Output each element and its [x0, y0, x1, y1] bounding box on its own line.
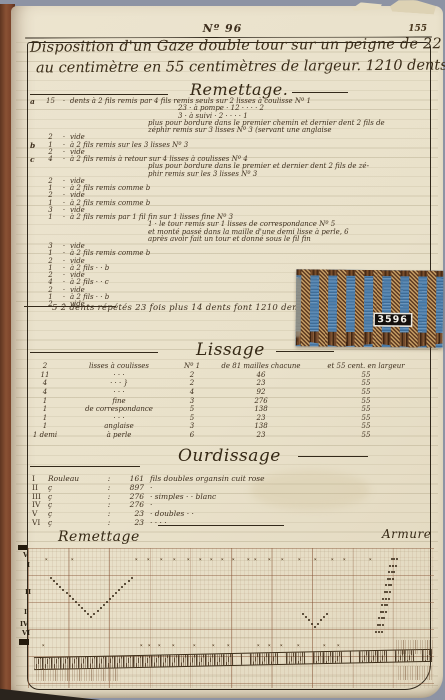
denting-cell — [296, 652, 305, 663]
warp-mark — [172, 644, 175, 647]
roller-name: Rouleau — [48, 474, 100, 483]
manuscript-photo: Nº 96 155 Disposition d'un Gaze double t… — [0, 0, 445, 700]
row-letter — [30, 207, 43, 214]
lissage-width: 55 — [316, 397, 416, 405]
draft-dot — [384, 604, 386, 606]
lissage-row: 1 demià perle62355 — [30, 431, 430, 440]
draft-dot — [112, 595, 114, 597]
denting-cell — [360, 651, 369, 662]
lissage-row: 1fine327655 — [30, 396, 430, 405]
row-text: à 2 fils remis sur les 3 lisses Nº 3 — [70, 142, 432, 149]
row-letter: c — [30, 156, 43, 163]
lissage-width: 55 — [316, 388, 416, 396]
draft-dot — [380, 611, 382, 613]
roller-numeral: VI — [32, 518, 48, 527]
draft-dot — [103, 604, 105, 606]
header-rule-left — [30, 352, 158, 353]
row-separator: · — [58, 214, 70, 221]
row-letter — [30, 279, 43, 286]
denting-cell — [215, 654, 224, 665]
row-letter: a — [30, 98, 43, 105]
remettage-row: 1·à 2 fils remis comme b — [30, 185, 432, 192]
draft-roman-numeral: VI — [22, 629, 30, 637]
warp-mark — [45, 558, 48, 561]
lissage-heddle-no: 4 — [178, 388, 206, 396]
page-number: 155 — [408, 24, 427, 34]
row-separator: · — [58, 98, 70, 105]
draft-dot — [69, 595, 71, 597]
thread-count: 23 — [118, 518, 150, 527]
lissage-label: fine — [60, 397, 178, 405]
row-continuation: phir remis sur les 3 lisses Nº 3 — [30, 171, 432, 178]
draft-filled-bar — [18, 545, 27, 550]
row-text: vide — [70, 258, 432, 265]
herringbone-stripe — [373, 270, 383, 347]
row-quantity: 1 — [43, 214, 58, 221]
section-lissage-heading: Lissage — [196, 340, 265, 360]
draft-dot — [50, 577, 52, 579]
row-letter — [30, 243, 43, 250]
roller-numeral: II — [32, 483, 48, 492]
title-line-2: au centimètre en 55 centimètres de large… — [36, 58, 436, 77]
denting-cell — [106, 656, 115, 667]
lissage-mailles: 46 — [206, 371, 316, 379]
denting-cell — [152, 656, 161, 667]
warp-mark — [280, 644, 283, 647]
roller-numeral: IV — [32, 500, 48, 509]
header-rule-left — [30, 466, 140, 467]
row-separator: : — [100, 518, 118, 527]
draft-dot — [97, 610, 99, 612]
lissage-mailles: de 81 mailles chacune — [206, 362, 316, 370]
denting-cell — [269, 653, 278, 664]
thread-description: · simples · · blanc — [150, 492, 412, 501]
draft-dot — [381, 631, 383, 633]
row-separator: : — [100, 509, 118, 518]
denting-cell — [260, 653, 269, 664]
warp-mark — [148, 644, 151, 647]
draft-dot — [388, 598, 390, 600]
draft-roman-numeral: I — [27, 561, 30, 569]
warp-mark — [314, 558, 317, 561]
warp-mark — [227, 644, 230, 647]
lissage-label: anglaise — [60, 422, 178, 430]
warp-mark — [257, 644, 260, 647]
denting-cell — [305, 652, 314, 663]
warp-mark — [158, 644, 161, 647]
row-letter — [30, 250, 43, 257]
denting-cell — [133, 656, 142, 667]
row-separator: : — [100, 483, 118, 492]
denting-cell — [378, 651, 387, 662]
ourdissage-row: IIIç:276· simples · · blanc — [32, 492, 412, 501]
draft-dot — [78, 604, 80, 606]
thread-description: fils doubles organsin cuit rose — [150, 474, 412, 483]
denting-cell — [124, 656, 133, 667]
remettage-total: 5 2 dents répétés 23 fois plus 14 dents … — [52, 303, 306, 313]
lissage-mailles: 23 — [206, 414, 316, 422]
warp-mark — [42, 644, 45, 647]
lissage-qty: 4 — [30, 379, 60, 387]
draft-dot — [100, 607, 102, 609]
herringbone-stripe — [319, 269, 329, 346]
lissage-row: 4· · · }22355 — [30, 379, 430, 388]
lissage-width: 55 — [316, 422, 416, 430]
header-rule-right — [298, 456, 368, 457]
row-letter — [30, 192, 43, 199]
warp-mark — [323, 644, 326, 647]
lissage-heddle-no: 2 — [178, 379, 206, 387]
warp-mark — [337, 644, 340, 647]
denting-cell — [70, 657, 79, 668]
roller-name: ç — [48, 483, 100, 492]
row-letter — [30, 258, 43, 265]
lissage-qty: 1 — [30, 422, 60, 430]
roller-numeral: V — [32, 509, 48, 518]
lissage-heddle-no: 5 — [178, 405, 206, 413]
remettage-row: après avoir fait un tour et donné sous l… — [30, 236, 432, 243]
draft-dot — [302, 613, 304, 615]
thread-count: 276 — [118, 500, 150, 509]
lissage-qty: 1 — [30, 414, 60, 422]
herringbone-stripe — [337, 270, 347, 347]
draft-dot — [93, 613, 95, 615]
warp-mark — [135, 558, 138, 561]
denting-cell — [350, 651, 359, 662]
draft-dot — [109, 598, 111, 600]
lissage-heddle-no: Nº 1 — [178, 362, 206, 370]
warp-mark — [199, 558, 202, 561]
row-text: à 2 fils remis comme b — [70, 200, 432, 207]
draft-dot — [389, 578, 391, 580]
draft-dot — [62, 589, 64, 591]
denting-cell — [61, 657, 70, 668]
lissage-mailles: 276 — [206, 397, 316, 405]
row-separator: : — [100, 500, 118, 509]
denting-cell — [233, 654, 242, 665]
draft-dot — [381, 617, 383, 619]
header-rule-left — [30, 94, 168, 95]
lissage-qty: 11 — [30, 371, 60, 379]
row-letter: b — [30, 142, 43, 149]
denting-cell — [251, 653, 260, 664]
hatch-marks — [396, 640, 434, 654]
lissage-label: de correspondance — [60, 405, 178, 413]
lissage-row: 11· · ·24655 — [30, 371, 430, 380]
draft-dot — [131, 577, 133, 579]
lissage-mailles: 138 — [206, 405, 316, 413]
thread-count: 161 — [118, 474, 150, 483]
draft-dot — [56, 583, 58, 585]
lissage-mailles: 23 — [206, 431, 316, 439]
draft-dot — [75, 601, 77, 603]
warp-mark — [268, 558, 271, 561]
draft-dot — [383, 617, 385, 619]
lissage-qty: 4 — [30, 388, 60, 396]
denting-cell — [332, 652, 341, 663]
row-continuation: zéphir remis sur 3 lisses Nº 3 (servant … — [30, 127, 432, 134]
warp-mark — [140, 644, 143, 647]
draft-dot — [87, 613, 89, 615]
lissage-row: 4· · ·49255 — [30, 388, 430, 397]
draft-dot — [381, 604, 383, 606]
draft-dot — [378, 631, 380, 633]
remettage-row: 1·à 2 fils remis comme b — [30, 200, 432, 207]
swatch-number-label: 3596 — [374, 314, 411, 325]
denting-cell — [142, 656, 151, 667]
draft-dot — [308, 619, 310, 621]
header-rule-right — [292, 92, 348, 93]
row-letter — [30, 265, 43, 272]
ourdissage-rows: IRouleau:161fils doubles organsin cuit r… — [32, 474, 412, 527]
draft-dot — [387, 578, 389, 580]
draft-dot — [84, 610, 86, 612]
draft-dot — [90, 616, 92, 618]
draft-filled-bar — [19, 639, 29, 645]
row-letter — [30, 301, 43, 308]
herringbone-stripe — [301, 269, 311, 346]
denting-cell — [323, 652, 332, 663]
lissage-row: 2lisses à coulissesNº 1de 81 mailles cha… — [30, 362, 430, 371]
draft-roman-numeral: IV — [20, 620, 28, 628]
warp-mark — [187, 558, 190, 561]
row-letter — [30, 287, 43, 294]
denting-cell — [369, 651, 378, 662]
lissage-mailles: 92 — [206, 388, 316, 396]
lissage-qty: 1 — [30, 397, 60, 405]
draft-dot — [389, 591, 391, 593]
row-separator: : — [100, 492, 118, 501]
roller-name: ç — [48, 500, 100, 509]
warp-mark — [221, 558, 224, 561]
herringbone-stripe — [409, 270, 419, 347]
draft-dot — [106, 601, 108, 603]
warp-mark — [160, 558, 163, 561]
herringbone-stripe — [427, 271, 437, 348]
denting-cell — [97, 657, 106, 668]
herringbone-stripe — [391, 270, 401, 347]
draft-dot — [320, 619, 322, 621]
warp-mark — [210, 558, 213, 561]
denting-cell — [242, 654, 251, 665]
warp-mark — [343, 558, 346, 561]
lissage-heddle-no: 5 — [178, 414, 206, 422]
ourdissage-row: IRouleau:161fils doubles organsin cuit r… — [32, 474, 412, 483]
roller-name: ç — [48, 492, 100, 501]
warp-mark — [268, 644, 271, 647]
document-number: Nº 96 — [0, 22, 445, 35]
draft-dot — [317, 623, 319, 625]
denting-cell — [197, 655, 206, 666]
draft-dot — [118, 589, 120, 591]
thread-description: · doubles · · — [150, 509, 412, 518]
lissage-qty: 2 — [30, 362, 60, 370]
thread-count: 23 — [118, 509, 150, 518]
lissage-width: 55 — [316, 371, 416, 379]
lissage-width: 55 — [316, 379, 416, 387]
lissage-row: 1· · ·52355 — [30, 414, 430, 423]
thread-count: 897 — [118, 483, 150, 492]
header-rule-right — [276, 351, 334, 352]
remettage-row: b1·à 2 fils remis sur les 3 lisses Nº 3 — [30, 142, 432, 149]
row-letter — [30, 185, 43, 192]
warp-mark — [331, 558, 334, 561]
denting-cell — [88, 657, 97, 668]
hatch-marks — [398, 666, 434, 680]
draft-dot — [378, 617, 380, 619]
lissage-table: 2lisses à coulissesNº 1de 81 mailles cha… — [30, 362, 430, 439]
draft-dot — [115, 592, 117, 594]
draft-dot — [393, 571, 395, 573]
lissage-label: · · · } — [60, 379, 178, 387]
section-ourdissage-heading: Ourdissage — [178, 446, 281, 466]
denting-cell — [79, 657, 88, 668]
lissage-width: et 55 cent. en largeur — [316, 362, 416, 370]
draft-dot — [386, 604, 388, 606]
draft-roman-numeral: V — [23, 551, 28, 559]
draft-dot — [326, 613, 328, 615]
denting-cell — [387, 651, 396, 662]
denting-cell — [278, 653, 287, 664]
denting-cell — [206, 654, 215, 665]
row-letter — [30, 294, 43, 301]
denting-cell — [170, 655, 179, 666]
draft-dot — [388, 571, 390, 573]
lissage-qty: 1 demi — [30, 431, 60, 439]
roller-numeral: III — [32, 492, 48, 501]
warp-mark — [173, 558, 176, 561]
hatch-marks — [36, 668, 118, 681]
warp-mark — [297, 644, 300, 647]
draft-dot — [66, 592, 68, 594]
lissage-mailles: 138 — [206, 422, 316, 430]
denting-cell — [287, 653, 296, 664]
draft-dot — [392, 578, 394, 580]
torn-paper-edge — [352, 1, 382, 11]
draft-dot — [121, 586, 123, 588]
lissage-heddle-no: 3 — [178, 422, 206, 430]
draft-dot — [81, 607, 83, 609]
remettage-row: phir remis sur les 3 lisses Nº 3 — [30, 171, 432, 178]
row-letter — [30, 200, 43, 207]
warp-mark — [71, 558, 74, 561]
herringbone-stripe — [355, 270, 365, 347]
draft-dot — [391, 571, 393, 573]
lissage-row: 1anglaise313855 — [30, 422, 430, 431]
lissage-width: 55 — [316, 414, 416, 422]
warp-mark — [232, 558, 235, 561]
draft-dot — [385, 584, 387, 586]
ourdissage-row: Vç:23· doubles · · — [32, 509, 412, 518]
lissage-label: à perle — [60, 431, 178, 439]
draft-dot — [53, 580, 55, 582]
lissage-label: · · · — [60, 371, 178, 379]
row-letter — [30, 178, 43, 185]
draft-dot — [377, 624, 379, 626]
remettage-row: zéphir remis sur 3 lisses Nº 3 (servant … — [30, 127, 432, 134]
draft-dot — [72, 598, 74, 600]
draft-dot — [382, 624, 384, 626]
center-rule — [158, 525, 284, 526]
lissage-mailles: 23 — [206, 379, 316, 387]
warp-mark — [212, 644, 215, 647]
row-quantity: 15 — [43, 98, 58, 105]
lissage-row: 1de correspondance513855 — [30, 405, 430, 414]
warp-mark — [254, 558, 257, 561]
draft-dot — [392, 565, 394, 567]
lissage-heddle-no: 2 — [178, 371, 206, 379]
warp-mark — [298, 558, 301, 561]
row-separator: : — [100, 474, 118, 483]
warp-mark — [247, 558, 250, 561]
warp-mark — [193, 644, 196, 647]
draft-dot — [385, 598, 387, 600]
lissage-heddle-no: 3 — [178, 397, 206, 405]
thread-count: 276 — [118, 492, 150, 501]
denting-cell — [341, 652, 350, 663]
row-text: à 2 fils remis comme b — [70, 185, 432, 192]
footer-armure-heading: Armure — [382, 527, 431, 541]
draft-roman-numeral: II — [25, 588, 31, 596]
draft-dot — [128, 580, 130, 582]
ourdissage-row: IVç:276· — [32, 500, 412, 509]
lissage-width: 55 — [316, 405, 416, 413]
ourdissage-row: IIç:897· — [32, 483, 412, 492]
warp-mark — [369, 558, 372, 561]
denting-cell — [224, 654, 233, 665]
draft-dot — [59, 586, 61, 588]
denting-cell — [179, 655, 188, 666]
draft-dot — [314, 626, 316, 628]
roller-numeral: I — [32, 474, 48, 483]
draft-dot — [385, 611, 387, 613]
lissage-qty: 1 — [30, 405, 60, 413]
row-quantity: 4 — [43, 156, 58, 163]
fabric-swatch: 3596 — [296, 269, 444, 348]
remettage-row: 1·à 2 fils remis comme b — [30, 250, 432, 257]
denting-cell — [314, 652, 323, 663]
draft-dot — [124, 583, 126, 585]
denting-cell — [188, 655, 197, 666]
warp-mark — [147, 558, 150, 561]
draft-dot — [390, 584, 392, 586]
denting-cell — [161, 655, 170, 666]
draft-dot — [391, 558, 393, 560]
roller-name: ç — [48, 509, 100, 518]
draft-dot — [384, 591, 386, 593]
thread-description: · — [150, 483, 412, 492]
lissage-label: · · · — [60, 388, 178, 396]
draft-dot — [395, 565, 397, 567]
lissage-label: lisses à coulisses — [60, 362, 178, 370]
roller-name: ç — [48, 518, 100, 527]
row-text: à 2 fils remis comme b — [70, 250, 432, 257]
row-letter — [30, 272, 43, 279]
draft-dot — [388, 584, 390, 586]
draft-dot — [382, 611, 384, 613]
draft-dot — [396, 558, 398, 560]
row-separator: · — [58, 156, 70, 163]
footer-remettage-heading: Remettage — [58, 529, 140, 545]
thread-description: · — [150, 500, 412, 509]
warp-mark — [281, 558, 284, 561]
lissage-heddle-no: 6 — [178, 431, 206, 439]
lissage-width: 55 — [316, 431, 416, 439]
row-continuation: après avoir fait un tour et donné sous l… — [30, 236, 432, 243]
lissage-label: · · · — [60, 414, 178, 422]
draft-roman-numeral: I — [24, 608, 27, 616]
draft-dot — [305, 616, 307, 618]
